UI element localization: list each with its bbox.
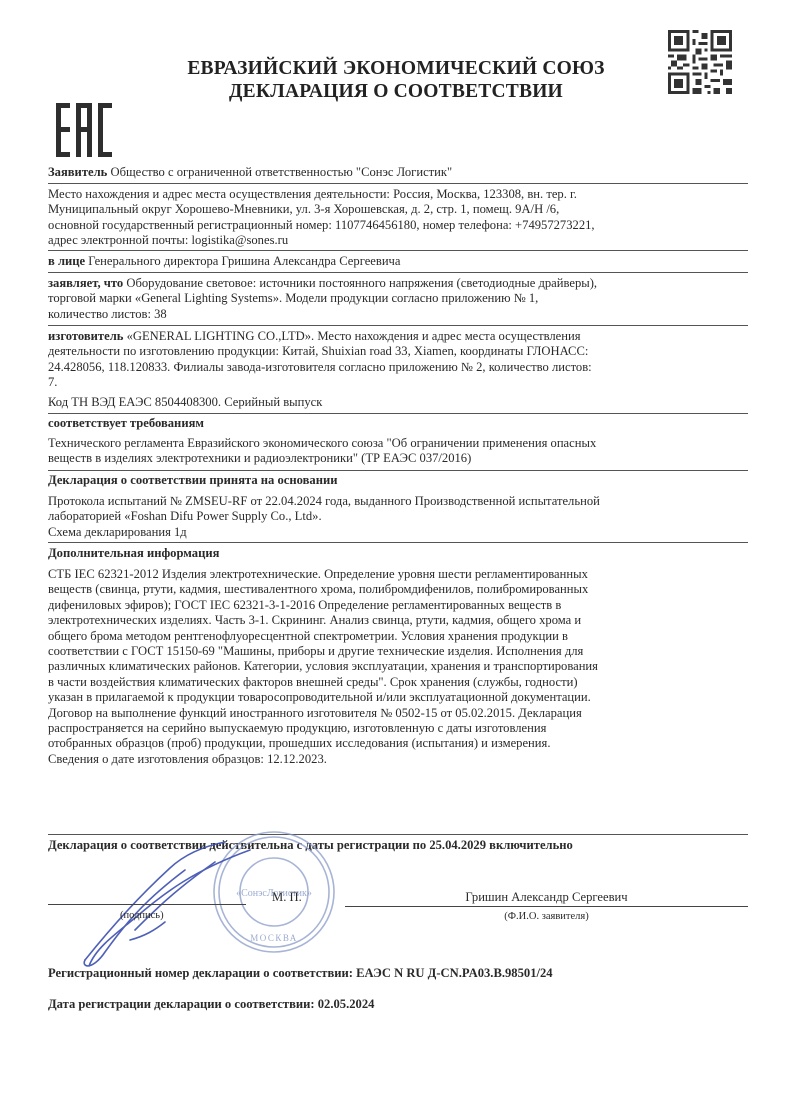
declares-label: заявляет, что [48, 276, 123, 290]
manufacturer-line: «GENERAL LIGHTING CO.,LTD». Место нахожд… [123, 329, 580, 343]
registration-date: Дата регистрации декларации о соответств… [48, 997, 748, 1012]
additional-line: указан в прилагаемой к продукции товарос… [48, 690, 748, 705]
additional-line: Сведения о дате изготовления образцов: 1… [48, 752, 748, 767]
additional-line: в части воздействия климатических фактор… [48, 675, 748, 690]
divider [48, 542, 748, 543]
additional-line: соответствии с ГОСТ 15150-69 "Машины, пр… [48, 644, 748, 659]
divider [48, 183, 748, 184]
applicant-value: Общество с ограниченной ответственностью… [107, 165, 452, 179]
address-block: Место нахождения и адрес места осуществл… [48, 187, 748, 249]
divider [48, 470, 748, 471]
signature-caption: (подпись) [120, 908, 220, 923]
divider [48, 250, 748, 251]
representative-row: в лице Генерального директора Гришина Ал… [48, 254, 748, 269]
declares-line: Оборудование световое: источники постоян… [123, 276, 597, 290]
requirements-heading: соответствует требованиям [48, 416, 748, 431]
signature-icon [75, 840, 255, 970]
additional-line: СТБ IEC 62321-2012 Изделия электротехнич… [48, 567, 748, 582]
additional-line: Договор на выполнение функций иностранно… [48, 706, 748, 721]
additional-line: различных климатических районов. Категор… [48, 659, 748, 674]
representative-label: в лице [48, 254, 85, 268]
divider [48, 413, 748, 414]
applicant-label: Заявитель [48, 165, 107, 179]
tn-ved-code: Код ТН ВЭД ЕАЭС 8504408300. Серийный вып… [48, 395, 748, 410]
requirements-text: Технического регламента Евразийского эко… [48, 436, 748, 467]
additional-line: веществ (свинца, ртути, кадмия, шестивал… [48, 582, 748, 597]
representative-value: Генерального директора Гришина Александр… [85, 254, 400, 268]
declares-line: количество листов: 38 [48, 307, 748, 322]
basis-text: Протокола испытаний № ZMSEU-RF от 22.04.… [48, 494, 748, 540]
manufacturer-label: изготовитель [48, 329, 123, 343]
additional-text: СТБ IEC 62321-2012 Изделия электротехнич… [48, 567, 748, 767]
svg-text:МОСКВА: МОСКВА [250, 933, 298, 943]
additional-line: распространяется на серийно выпускаемую … [48, 721, 748, 736]
declares-line: торговой марки «General Lighting Systems… [48, 291, 748, 306]
eac-mark-icon [54, 103, 118, 157]
declaration-page: ЕВРАЗИЙСКИЙ ЭКОНОМИЧЕСКИЙ СОЮЗ ДЕКЛАРАЦИ… [0, 0, 792, 1120]
additional-heading: Дополнительная информация [48, 546, 748, 561]
divider [48, 834, 748, 835]
manufacturer-line: деятельности по изготовлению продукции: … [48, 344, 748, 359]
signature-line [48, 904, 246, 905]
registration-number: Регистрационный номер декларации о соотв… [48, 966, 748, 981]
qr-code-icon [668, 30, 732, 94]
additional-line: дифениловых эфиров); ГОСТ IEC 62321-3-1-… [48, 598, 748, 613]
additional-line: электротехнических изделиях. Часть 3-1. … [48, 613, 748, 628]
basis-line: лабораторией «Foshan Difu Power Supply C… [48, 509, 748, 524]
requirements-line: веществ в изделиях электротехники и ради… [48, 451, 748, 466]
additional-line: общего брома методом рентгенофлуоресцент… [48, 629, 748, 644]
manufacturer-line: 24.428056, 118.120833. Филиалы завода-из… [48, 360, 748, 375]
seal-caption: М. П. [272, 890, 332, 905]
basis-line: Схема декларирования 1д [48, 525, 748, 540]
divider [48, 325, 748, 326]
manufacturer-line: 7. [48, 375, 748, 390]
address-line: Место нахождения и адрес места осуществл… [48, 187, 748, 202]
address-email: адрес электронной почты: logistika@sones… [48, 233, 748, 248]
applicant-row: Заявитель Общество с ограниченной ответс… [48, 165, 748, 180]
name-caption: (Ф.И.О. заявителя) [345, 909, 748, 924]
additional-line: отобранных образцов (проб) продукции, пр… [48, 736, 748, 751]
name-line [345, 906, 748, 907]
applicant-name: Гришин Александр Сергеевич [345, 890, 748, 905]
basis-line: Протокола испытаний № ZMSEU-RF от 22.04.… [48, 494, 748, 509]
requirements-line: Технического регламента Евразийского эко… [48, 436, 748, 451]
declares-block: заявляет, что Оборудование световое: ист… [48, 276, 748, 322]
basis-heading: Декларация о соответствии принята на осн… [48, 473, 748, 488]
address-line: основной государственный регистрационный… [48, 218, 748, 233]
address-line: Муниципальный округ Хорошево-Мневники, у… [48, 202, 748, 217]
divider [48, 272, 748, 273]
manufacturer-block: изготовитель «GENERAL LIGHTING CO.,LTD».… [48, 329, 748, 391]
